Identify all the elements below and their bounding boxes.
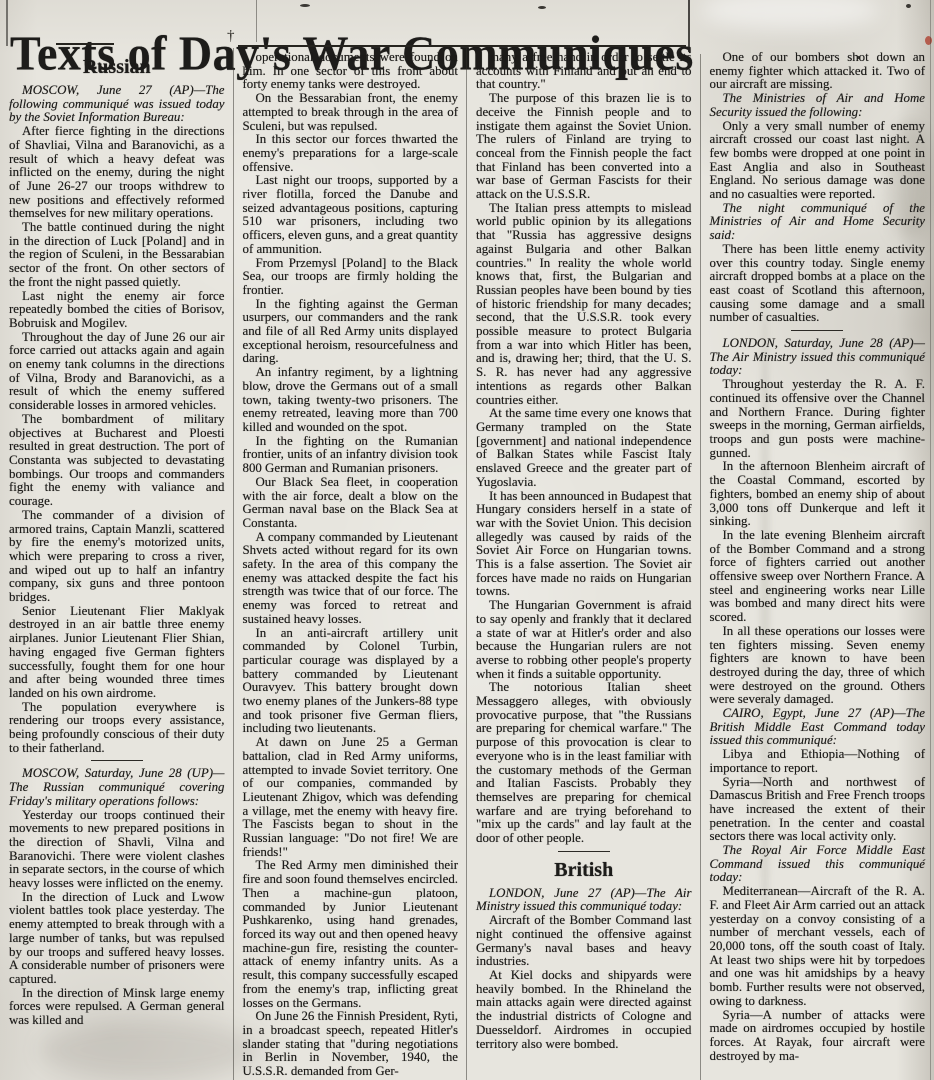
story-divider [791,330,843,331]
body-paragraph: In the direction of Luck and Lwow violen… [9,891,225,987]
body-paragraph: The population everywhere is rendering o… [9,701,225,756]
article-column-2: operational documents were found on him.… [234,46,468,1080]
dagger-ornament: † [227,28,235,45]
masthead-right-rule [688,0,690,52]
body-paragraph: From Przemysl [Poland] to the Black Sea,… [243,257,459,298]
body-paragraph: Mediterranean—Aircraft of the R. A. F. a… [710,885,926,1008]
dateline-paragraph: LONDON, June 27 (AP)—The Air Ministry is… [476,887,692,914]
masthead-left-rule [6,0,8,46]
print-artifact-line [256,0,257,42]
ink-speck [906,4,911,8]
body-paragraph: Yesterday our troops continued their mov… [9,809,225,891]
story-divider [91,760,143,761]
body-paragraph: On June 26 the Finnish President, Ryti, … [243,1010,459,1079]
body-paragraph: Our Black Sea fleet, in cooperation with… [243,476,459,531]
paper-stain [700,0,880,30]
body-paragraph: Libya and Ethiopia—Nothing of importance… [710,748,926,775]
body-paragraph: An infantry regiment, by a lightning blo… [243,366,459,435]
body-paragraph: The Red Army men diminished their fire a… [243,859,459,1010]
dateline-paragraph: The Ministries of Air and Home Security … [710,92,926,119]
body-paragraph: The notorious Italian sheet Messaggero a… [476,681,692,845]
body-paragraph: The battle continued during the night in… [9,221,225,290]
story-divider [558,851,610,852]
body-paragraph: Syria—North and northwest of Damascus Br… [710,776,926,845]
body-paragraph: Throughout the day of June 26 our air fo… [9,331,225,413]
body-paragraph: In this sector our forces thwarted the e… [243,133,459,174]
body-paragraph: The Hungarian Government is afraid to sa… [476,599,692,681]
body-paragraph: The bombardment of military objectives a… [9,413,225,509]
body-paragraph: The commander of a division of armored t… [9,509,225,605]
body-paragraph: Syria—A number of attacks were made on a… [710,1009,926,1064]
article-columns: RussianMOSCOW, June 27 (AP)—The followin… [0,46,934,1080]
section-heading: Russian [9,55,225,79]
body-paragraph: operational documents were found on him.… [243,51,459,92]
body-paragraph: At Kiel docks and shipyards were heavily… [476,969,692,1051]
article-column-3: many a free hand in order to settle its … [467,46,701,1080]
body-paragraph: Last night the enemy air force repeatedl… [9,290,225,331]
dateline-paragraph: MOSCOW, June 27 (AP)—The following commu… [9,84,225,125]
body-paragraph: One of our bombers shot down an enemy fi… [710,51,926,92]
dateline-paragraph: MOSCOW, Saturday, June 28 (UP)—The Russi… [9,767,225,808]
dateline-paragraph: CAIRO, Egypt, June 27 (AP)—The British M… [710,707,926,748]
body-paragraph: Throughout yesterday the R. A. F. contin… [710,378,926,460]
body-paragraph: The purpose of this brazen lie is to dec… [476,92,692,202]
article-column-4: One of our bombers shot down an enemy fi… [701,46,934,1080]
body-paragraph: A company commanded by Lieutenant Shvets… [243,531,459,627]
ink-speck [538,6,546,9]
body-paragraph: After fierce fighting in the directions … [9,125,225,221]
body-paragraph: In the direction of Minsk large enemy fo… [9,987,225,1028]
body-paragraph: In the afternoon Blenheim aircraft of th… [710,460,926,529]
body-paragraph: In all these operations our losses were … [710,625,926,707]
section-heading: British [476,858,692,882]
body-paragraph: Last night our troops, supported by a ri… [243,174,459,256]
body-paragraph: Senior Lieutenant Flier Maklyak destroye… [9,605,225,701]
body-paragraph: At the same time every one knows that Ge… [476,407,692,489]
dateline-paragraph: The Royal Air Force Middle East Command … [710,844,926,885]
ink-speck [300,4,310,7]
masthead-underline-short [56,43,114,45]
newspaper-page: { "page": { "title": "Texts of Day's War… [0,0,934,1080]
body-paragraph: In the late evening Blenheim aircraft of… [710,529,926,625]
dateline-paragraph: The night communiqué of the Ministries o… [710,202,926,243]
dateline-paragraph: LONDON, Saturday, June 28 (AP)—The Air M… [710,337,926,378]
body-paragraph: There has been little enemy activity ove… [710,243,926,325]
body-paragraph: Only a very small number of enemy aircra… [710,120,926,202]
body-paragraph: In the fighting against the German usurp… [243,298,459,367]
body-paragraph: On the Bessarabian front, the enemy atte… [243,92,459,133]
body-paragraph: The Italian press attempts to mislead wo… [476,202,692,408]
body-paragraph: Aircraft of the Bomber Command last nigh… [476,914,692,969]
body-paragraph: At dawn on June 25 a German battalion, c… [243,736,459,859]
body-paragraph: many a free hand in order to settle its … [476,51,692,92]
article-column-1: RussianMOSCOW, June 27 (AP)—The followin… [0,46,234,1080]
body-paragraph: In the fighting on the Rumanian frontier… [243,435,459,476]
body-paragraph: In an anti-aircraft artillery unit comma… [243,627,459,737]
body-paragraph: It has been announced in Budapest that H… [476,490,692,600]
